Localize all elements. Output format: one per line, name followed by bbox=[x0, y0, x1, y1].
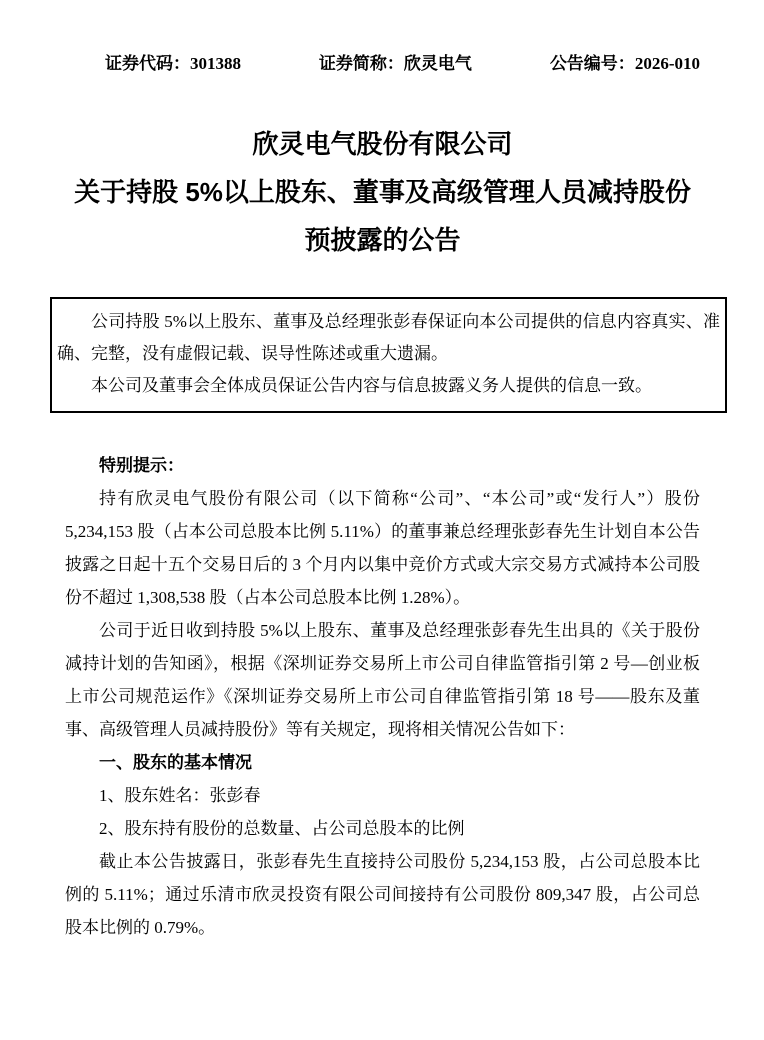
stock-name-label: 证券简称： bbox=[319, 54, 404, 73]
special-note-paragraph: 持有欣灵电气股份有限公司（以下简称“公司”、“本公司”或“发行人”）股份 5,2… bbox=[65, 482, 700, 614]
section-heading: 一、股东的基本情况 bbox=[65, 746, 700, 779]
stock-code-value: 301388 bbox=[190, 54, 241, 73]
announcement-number-label: 公告编号： bbox=[550, 54, 635, 73]
list-item-shareholding-ratio: 2、股东持有股份的总数量、占公司总股本的比例 bbox=[65, 812, 700, 845]
special-note-heading: 特别提示： bbox=[65, 449, 700, 482]
stock-name-value: 欣灵电气 bbox=[404, 54, 472, 73]
list-item-shareholder-name: 1、股东姓名：张彭春 bbox=[65, 779, 700, 812]
announcement-document: 证券代码：301388 证券简称：欣灵电气 公告编号：2026-010 欣灵电气… bbox=[0, 0, 764, 1040]
stock-code: 证券代码：301388 bbox=[105, 53, 241, 75]
statement-paragraph: 本公司及董事会全体成员保证公告内容与信息披露义务人提供的信息一致。 bbox=[57, 370, 720, 402]
announcement-subject: 关于持股 5%以上股东、董事及高级管理人员减持股份预披露的公告 bbox=[65, 168, 700, 264]
stock-code-label: 证券代码： bbox=[105, 54, 190, 73]
document-title: 欣灵电气股份有限公司 关于持股 5%以上股东、董事及高级管理人员减持股份预披露的… bbox=[65, 120, 700, 264]
company-name: 欣灵电气股份有限公司 bbox=[65, 120, 700, 168]
intro-paragraph: 公司于近日收到持股 5%以上股东、董事及总经理张彭春先生出具的《关于股份减持计划… bbox=[65, 614, 700, 746]
announcement-number: 公告编号：2026-010 bbox=[550, 53, 700, 75]
document-header: 证券代码：301388 证券简称：欣灵电气 公告编号：2026-010 bbox=[65, 53, 700, 75]
stock-name: 证券简称：欣灵电气 bbox=[319, 53, 472, 75]
statement-box: 公司持股 5%以上股东、董事及总经理张彭春保证向本公司提供的信息内容真实、准确、… bbox=[50, 297, 727, 413]
announcement-number-value: 2026-010 bbox=[635, 54, 700, 73]
statement-paragraph: 公司持股 5%以上股东、董事及总经理张彭春保证向本公司提供的信息内容真实、准确、… bbox=[57, 306, 720, 370]
shareholding-paragraph: 截止本公告披露日，张彭春先生直接持公司股份 5,234,153 股，占公司总股本… bbox=[65, 845, 700, 944]
